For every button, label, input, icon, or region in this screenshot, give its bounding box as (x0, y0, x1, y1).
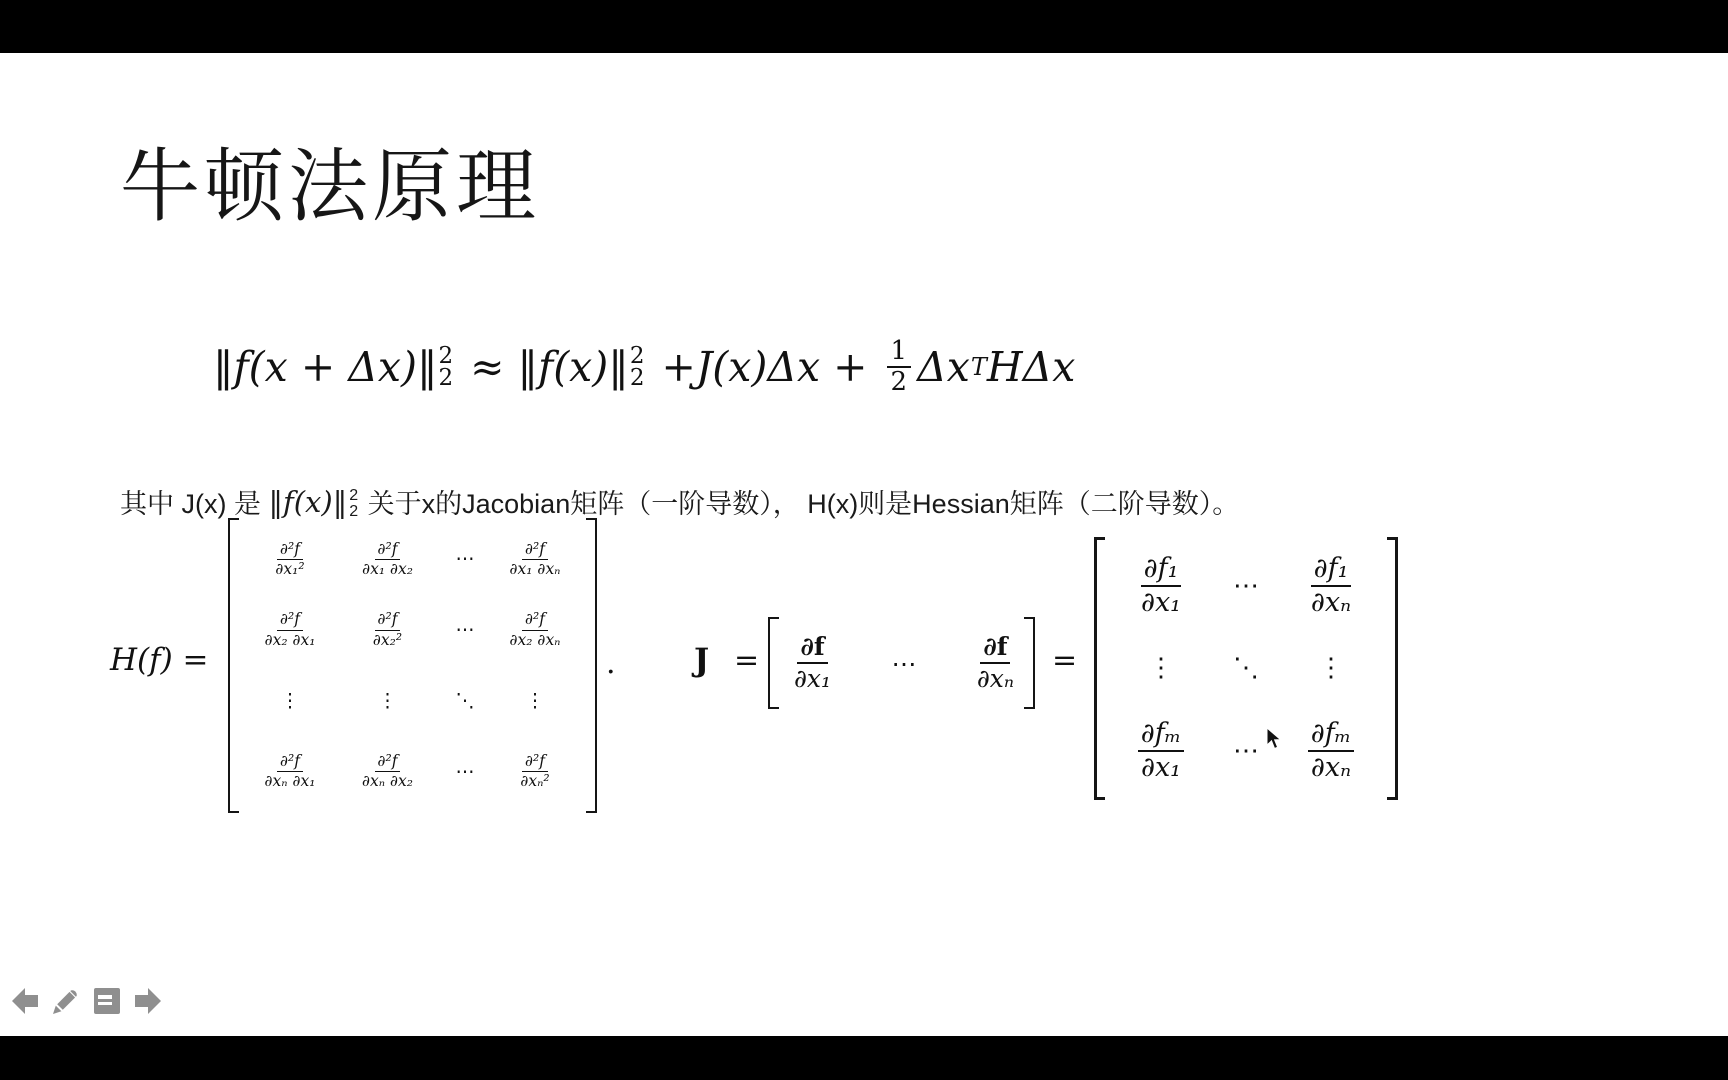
transpose-superscript: T (971, 353, 987, 381)
equals-sign: = (734, 643, 759, 678)
left-bracket (768, 617, 779, 709)
matrix-cell: ∂²f∂xₙ ∂x₁ (265, 753, 316, 791)
letterbox-bottom-bar (0, 1036, 1728, 1080)
formula-hessian-term: HΔx (987, 343, 1076, 391)
jacobian-matrix-grid: ∂f₁∂x₁ ⋯ ∂f₁∂xₙ ⋮ ⋱ ⋮ ∂fₘ∂x₁ ⋯ ∂fₘ∂xₙ (1112, 545, 1380, 792)
previous-slide-button[interactable] (8, 984, 42, 1018)
vertical-dots: ⋮ (1318, 653, 1344, 683)
vertical-dots: ⋮ (1148, 653, 1174, 683)
vertical-dots: ⋮ (378, 690, 397, 712)
explanation-norm-sup: 2 (349, 488, 358, 503)
horizontal-dots: ⋯ (456, 619, 475, 641)
presenter-toolbar (8, 984, 165, 1018)
horizontal-dots: ⋯ (456, 548, 475, 570)
matrix-cell: ∂²f∂xₙ² (520, 753, 549, 791)
matrix-cell: ∂²f∂xₙ ∂x₂ (362, 753, 413, 791)
explanation-norm-sub: 2 (349, 504, 358, 519)
matrix-cell: ∂²f∂x₁ ∂x₂ (362, 541, 413, 579)
hessian-matrix-grid: ∂²f∂x₁² ∂²f∂x₁ ∂x₂ ⋯ ∂²f∂x₁ ∂xₙ ∂²f∂x₂ ∂… (245, 524, 580, 807)
formula-lhs-sub: 2 (438, 368, 453, 390)
taylor-expansion-formula: ‖f(x + Δx)‖22 ≈ ‖f(x)‖22 +J(x)Δx + 12ΔxT… (213, 330, 1075, 404)
see-all-slides-button[interactable] (90, 984, 124, 1018)
formula-delta-x: Δx (917, 343, 970, 391)
approx-sign: ≈ (457, 343, 517, 391)
horizontal-dots: ⋯ (1233, 571, 1259, 601)
explanation-pre: 其中 J(x) 是 (120, 482, 269, 521)
horizontal-dots: ⋯ (1233, 736, 1259, 766)
matrix-cell: ∂fₘ∂x₁ (1138, 719, 1185, 783)
right-bracket (586, 518, 597, 813)
equation-period: . (606, 646, 616, 681)
jacobian-row-vector: ∂f∂x₁ ⋯ ∂f∂xₙ (786, 617, 1022, 709)
explanation-post: 关于x的Jacobian矩阵（一阶导数）， H(x)则是Hessian矩阵（二阶… (360, 482, 1239, 521)
formula-rhs-sub: 2 (630, 368, 645, 390)
vector-cell: ∂f∂x₁ (794, 633, 831, 693)
horizontal-dots: ⋯ (891, 649, 916, 678)
matrix-cell: ∂²f∂x₂² (373, 611, 402, 649)
fraction-numerator: 1 (887, 338, 912, 368)
letterbox-top-bar (0, 0, 1728, 53)
matrix-cell: ∂²f∂x₂ ∂x₁ (265, 611, 316, 649)
formula-lhs-supsub: 22 (438, 346, 453, 390)
hessian-matrix-equation: H(f) = ∂²f∂x₁² ∂²f∂x₁ ∂x₂ ⋯ ∂²f∂x₁ ∂xₙ ∂… (110, 518, 630, 813)
pen-tools-button[interactable] (49, 984, 83, 1018)
explanation-text: 其中 J(x) 是 ‖f(x)‖22 关于x的Jacobian矩阵（一阶导数），… (120, 482, 1520, 521)
explanation-norm-expression: ‖f(x)‖ (269, 485, 348, 519)
formula-rhs-supsub: 22 (630, 346, 645, 390)
mouse-cursor (1266, 727, 1283, 756)
horizontal-dots: ⋯ (456, 761, 475, 783)
left-bracket (1094, 537, 1105, 800)
formula-rhs-norm: ‖f(x)‖ (518, 343, 629, 391)
slide-title: 牛顿法原理 (120, 122, 540, 237)
matrix-cell: ∂²f∂x₂ ∂xₙ (510, 611, 561, 649)
jacobian-matrix-equation: J = ∂f∂x₁ ⋯ ∂f∂xₙ = ∂f₁∂x₁ ⋯ ∂f₁∂xₙ ⋮ ⋱ … (694, 537, 1404, 800)
presentation-slideshow-view: 牛顿法原理 ‖f(x + Δx)‖22 ≈ ‖f(x)‖22 +J(x)Δx +… (0, 0, 1728, 1080)
vertical-dots: ⋮ (526, 690, 545, 712)
hessian-label: H(f) = (110, 642, 209, 678)
equals-sign: = (1052, 643, 1077, 678)
next-slide-button[interactable] (131, 984, 165, 1018)
left-bracket (228, 518, 239, 813)
jacobian-label: J (694, 641, 709, 679)
matrix-cell: ∂²f∂x₁ ∂xₙ (510, 541, 561, 579)
diagonal-dots: ⋱ (456, 690, 475, 712)
matrix-cell: ∂f₁∂x₁ (1141, 554, 1182, 618)
vector-cell: ∂f∂xₙ (977, 633, 1014, 693)
matrix-cell: ∂fₘ∂xₙ (1308, 719, 1355, 783)
formula-jacobian-term: +J(x)Δx + (648, 343, 880, 391)
formula-lhs-norm: ‖f(x + Δx)‖ (213, 343, 437, 391)
one-half-fraction: 12 (887, 338, 912, 397)
right-bracket (1387, 537, 1398, 800)
explanation-norm-supsub: 22 (349, 488, 358, 518)
diagonal-dots: ⋱ (1233, 653, 1259, 683)
fraction-denominator: 2 (891, 368, 908, 396)
matrix-cell: ∂²f∂x₁² (275, 541, 304, 579)
matrix-cell: ∂f₁∂xₙ (1311, 554, 1352, 618)
vertical-dots: ⋮ (281, 690, 300, 712)
right-bracket (1024, 617, 1035, 709)
